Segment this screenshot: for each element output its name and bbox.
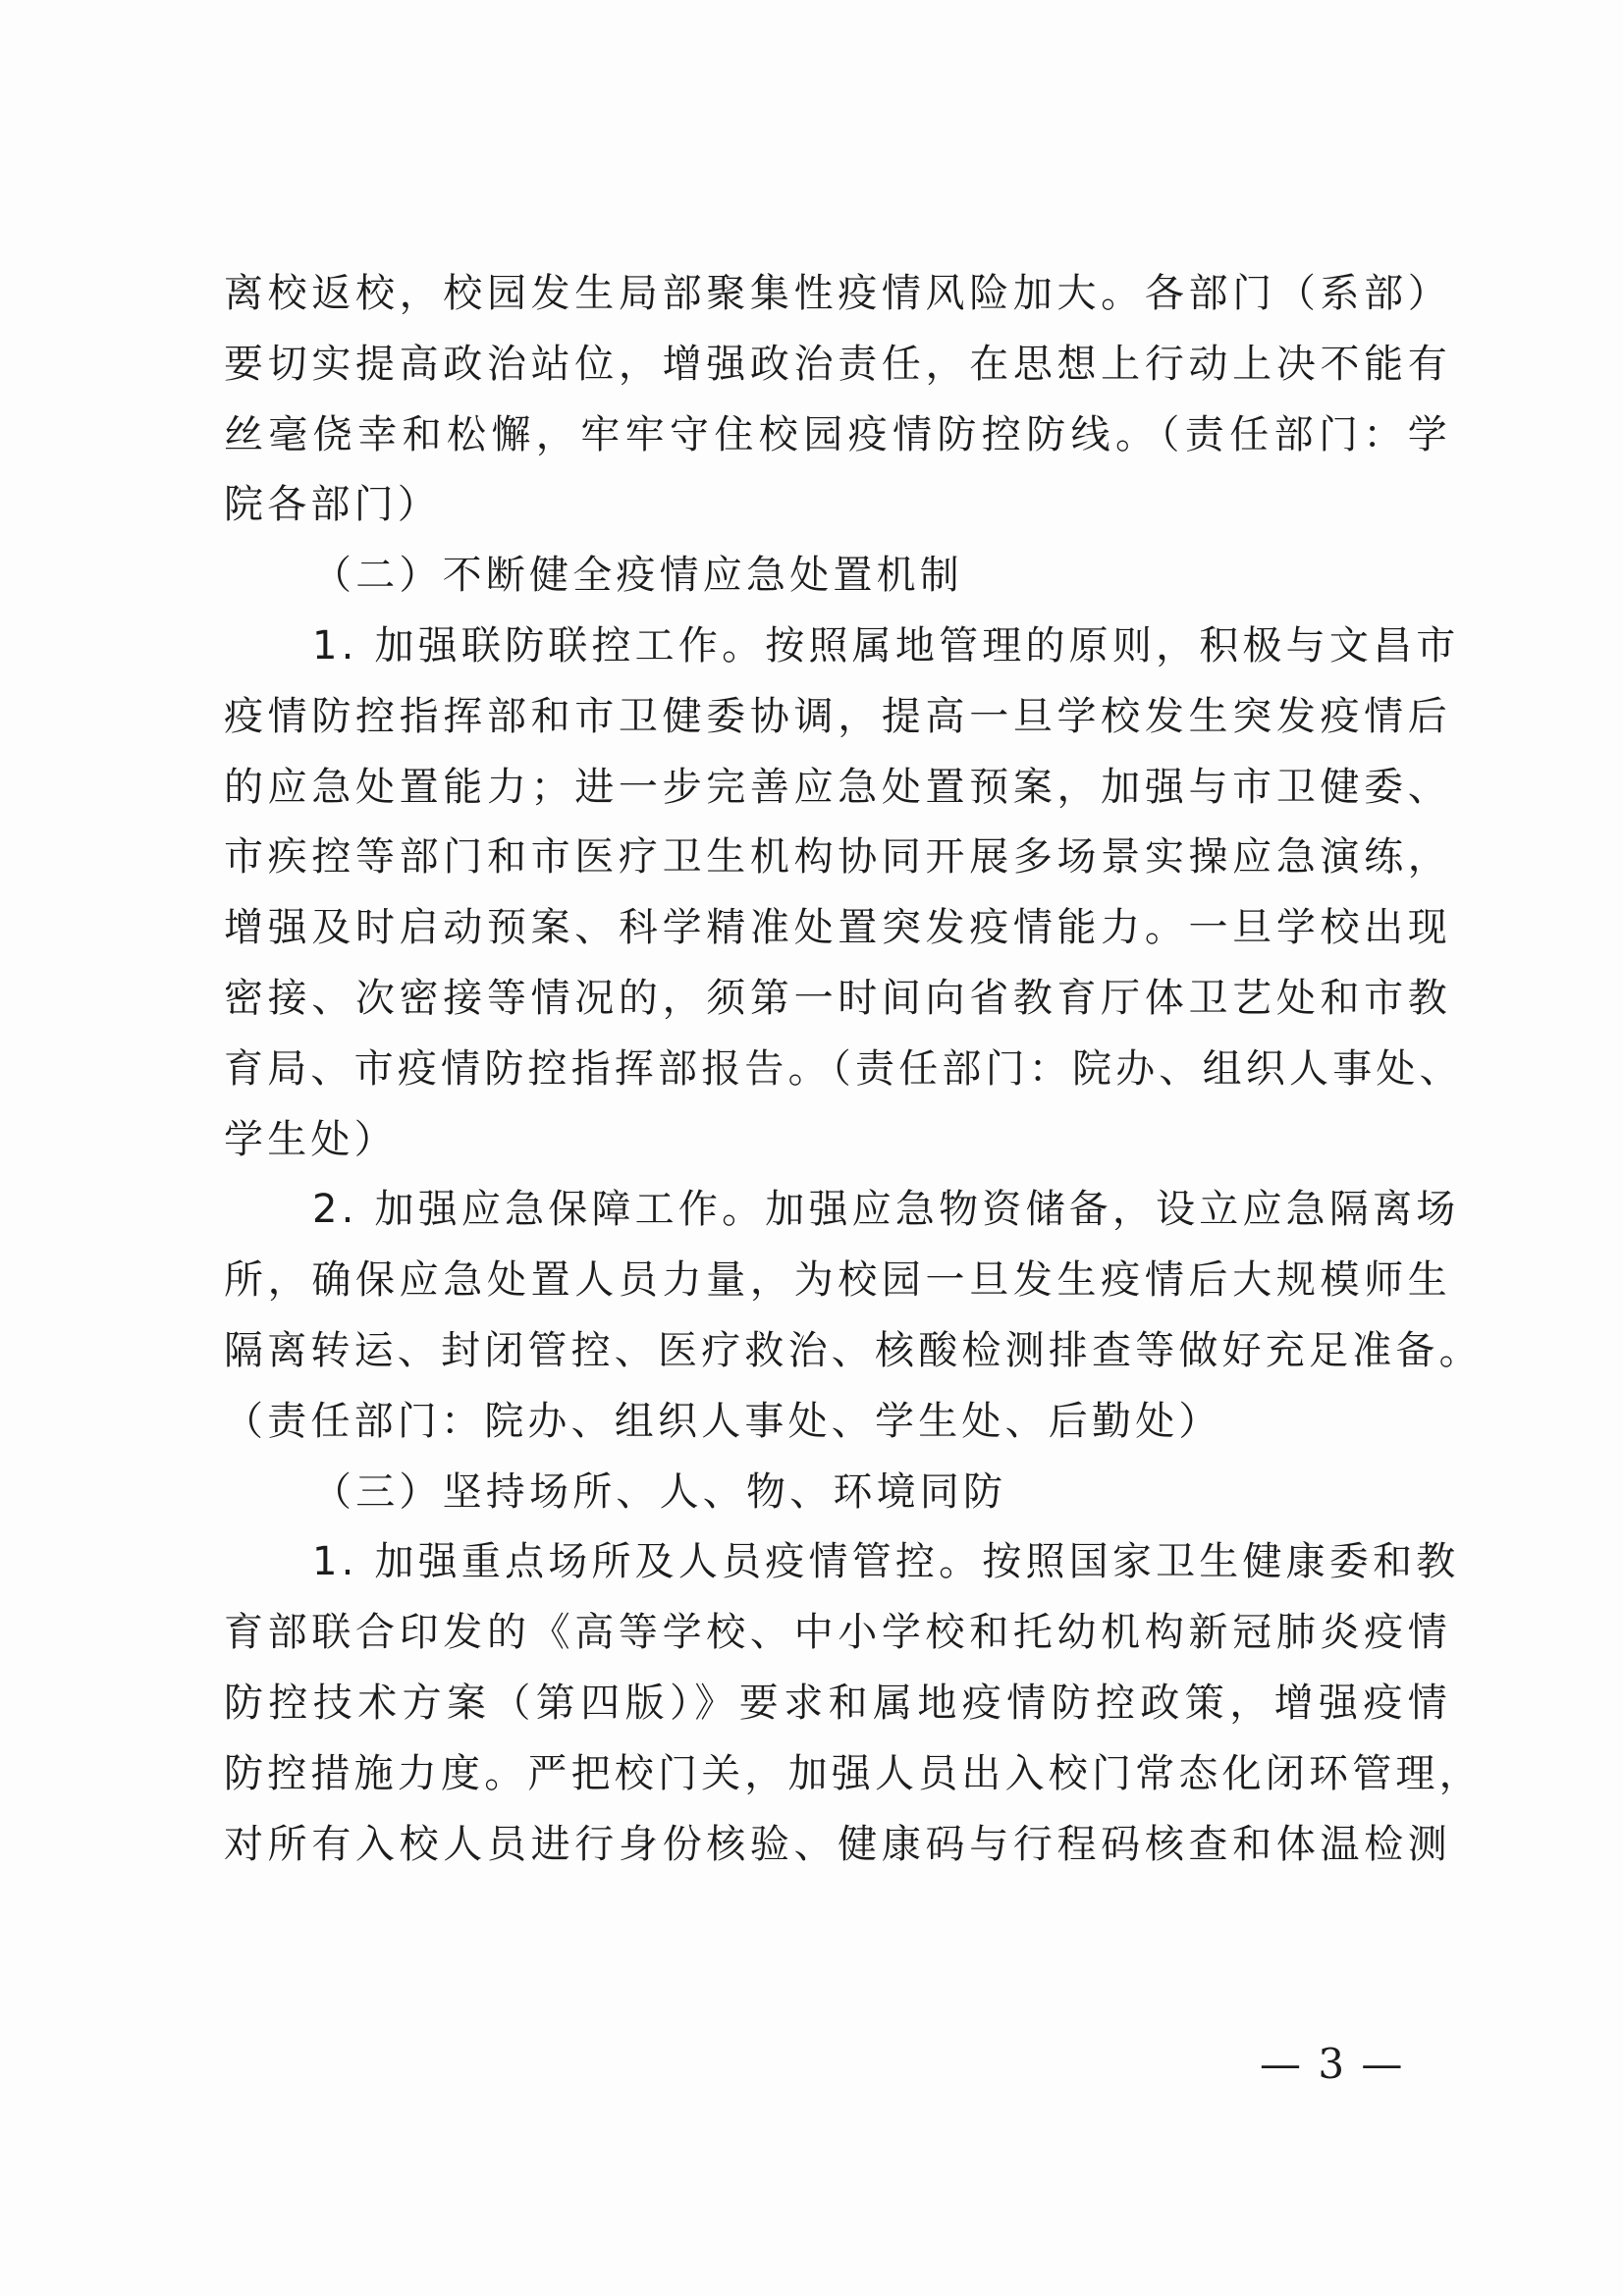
text-line: 隔离转运、封闭管控、医疗救治、核酸检测排查等做好充足准备。	[224, 1316, 1451, 1387]
text-line: 学生处）	[224, 1105, 1451, 1176]
text-line: 育部联合印发的《高等学校、中小学校和托幼机构新冠肺炎疫情	[224, 1598, 1451, 1669]
text-line: 市疾控等部门和市医疗卫生机构协同开展多场景实操应急演练，	[224, 823, 1451, 893]
text-line: （责任部门：院办、组织人事处、学生处、后勤处）	[224, 1387, 1451, 1458]
text-line: 育局、市疫情防控指挥部报告。（责任部门：院办、组织人事处、	[224, 1035, 1451, 1105]
section-heading: （三）坚持场所、人、物、环境同防	[224, 1458, 1451, 1528]
text-line: 防控技术方案（第四版）》要求和属地疫情防控政策，增强疫情	[224, 1669, 1451, 1739]
text-line: 要切实提高政治站位，增强政治责任，在思想上行动上决不能有	[224, 330, 1451, 400]
text-line: 院各部门）	[224, 470, 1451, 541]
paragraph-start: 1. 加强联防联控工作。按照属地管理的原则，积极与文昌市	[224, 612, 1451, 682]
text-line: 所，确保应急处置人员力量，为校园一旦发生疫情后大规模师生	[224, 1246, 1451, 1316]
text-line: 密接、次密接等情况的，须第一时间向省教育厅体卫艺处和市教	[224, 964, 1451, 1035]
section-heading: （二）不断健全疫情应急处置机制	[224, 541, 1451, 612]
document-page: 离校返校，校园发生局部聚集性疫情风险加大。各部门（系部） 要切实提高政治站位，增…	[0, 0, 1623, 2296]
text-line: 防控措施力度。严把校门关，加强人员出入校门常态化闭环管理，	[224, 1739, 1451, 1810]
text-line: 疫情防控指挥部和市卫健委协调，提高一旦学校发生突发疫情后	[224, 682, 1451, 753]
paragraph-start: 1. 加强重点场所及人员疫情管控。按照国家卫生健康委和教	[224, 1527, 1451, 1598]
text-line: 丝毫侥幸和松懈，牢牢守住校园疫情防控防线。（责任部门：学	[224, 400, 1451, 471]
text-line: 对所有入校人员进行身份核验、健康码与行程码核查和体温检测	[224, 1810, 1451, 1881]
text-line: 的应急处置能力；进一步完善应急处置预案，加强与市卫健委、	[224, 753, 1451, 824]
text-line: 离校返校，校园发生局部聚集性疫情风险加大。各部门（系部）	[224, 259, 1451, 330]
text-line: 增强及时启动预案、科学精准处置突发疫情能力。一旦学校出现	[224, 893, 1451, 964]
page-number: — 3 —	[1260, 2040, 1404, 2088]
document-body: 离校返校，校园发生局部聚集性疫情风险加大。各部门（系部） 要切实提高政治站位，增…	[224, 259, 1451, 1880]
paragraph-start: 2. 加强应急保障工作。加强应急物资储备，设立应急隔离场	[224, 1175, 1451, 1246]
